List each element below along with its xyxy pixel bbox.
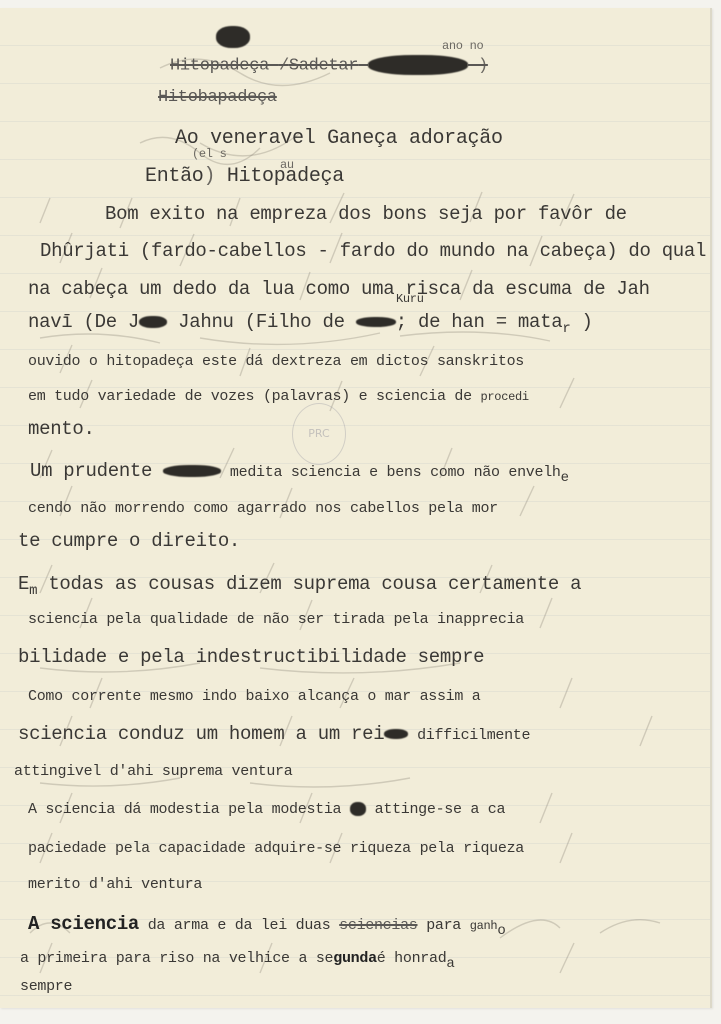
text-span: para [418,917,470,934]
text-span: A sciencia dá modestia pela modestia [28,801,350,818]
text-span: em tudo variedade de vozes (palavras) e … [28,388,480,405]
title-prefix: Então [145,165,204,188]
struck-title: Hitopadeça /Sadetar ) [170,55,488,75]
struck-subtitle: Hitobapadeça [158,88,277,107]
text-line: sciencia conduz um homem a um rei diffic… [18,723,530,745]
text-line: Como corrente mesmo indo baixo alcança o… [28,688,480,705]
struck-word: sciencias [339,917,417,934]
subscript: m [29,583,37,599]
subscript: a [446,956,454,972]
text-line: bilidade e pela indestructibilidade semp… [18,646,484,668]
subscript: r [562,321,570,337]
text-span: procedi [480,390,528,404]
text-span: cendo não morrendo como agarrado nos cab… [28,500,472,517]
text-line: mento. [28,418,95,440]
text-span: Um prudente [30,460,163,482]
text-line: te cumpre o direito. [18,530,240,552]
scribbled-out-text [384,729,408,739]
text-line: em tudo variedade de vozes (palavras) e … [28,388,529,405]
text-span: ; de han = mata [396,311,563,333]
text-span: a primeira para riso na velhice a se [20,950,333,967]
text-span: attinge-se a ca [366,801,505,818]
slash: / [279,56,289,75]
text-span: difficilmente [408,727,530,744]
text-span: Jahnu (Filho de [178,311,345,333]
title-line: Então) Hitopadeça [145,165,344,188]
text-line: A sciencia dá modestia pela modestia att… [28,801,505,818]
above-note: Kuru [396,292,424,306]
above-note: ano no [442,39,483,53]
text-line: cendo não morrendo como agarrado nos cab… [28,500,498,517]
manuscript-page: PRC Hitopadeça /Sadetar ) ano no Hitobap… [0,8,712,1008]
scribbled-out-text [139,316,167,328]
text-span: é honrad [377,950,447,967]
subscript: e [561,470,569,486]
struck-word: Hitopadeça [170,56,269,75]
text-span: E [18,573,29,595]
text-line: merito d'ahi ventura [28,876,202,893]
text-line: A sciencia da arma e da lei duas scienci… [28,913,505,935]
struck-word: Sadetar [289,56,358,75]
text-span: navī (De J [28,311,139,333]
text-span: mor [472,500,498,517]
above-note: (el s [192,147,227,161]
text-line: navī (De J Jahnu (Filho de ; de han = ma… [28,311,593,333]
bold-span: A sciencia [28,913,139,935]
text-line: a primeira para riso na velhice a segund… [20,950,455,967]
text-line: ouvido o hitopadeça este dá dextreza em … [28,353,524,370]
text-line: Dhûrjati (fardo-cabellos - fardo do mund… [40,240,706,262]
scribbled-out-text [356,317,396,327]
text-line: paciedade pela capacidade adquire-se riq… [28,840,524,857]
bold-span: gunda [333,950,377,967]
text-line: attingivel d'ahi suprema ventura [14,763,292,780]
scribbled-out-text [368,55,468,75]
text-span: ) [582,311,593,333]
ink-blot [216,26,250,48]
scribbled-out-text [163,465,221,477]
text-span: ganh [470,919,498,933]
text-span: da arma e da lei duas [139,917,339,934]
ink-blot [350,802,366,816]
text-line: Em todas as cousas dizem suprema cousa c… [18,573,581,595]
document-title: Hitopadeça [227,165,344,188]
text-line: Um prudente medita sciencia e bens como … [30,460,569,482]
text-span: medita sciencia e bens como não envelh [221,464,560,481]
text-line: na cabeça um dedo da lua como uma risca … [28,278,650,300]
faint-stamp: PRC [292,403,346,465]
text-line: sciencia pela qualidade de não ser tirad… [28,611,524,628]
text-line: Bom exito na empreza dos bons seja por f… [105,203,627,225]
subscript: o [497,923,505,939]
text-line: sempre [20,978,72,995]
text-span: sciencia conduz um homem a um rei [18,723,384,745]
text-span: todas as cousas dizem suprema cousa cert… [37,573,581,595]
